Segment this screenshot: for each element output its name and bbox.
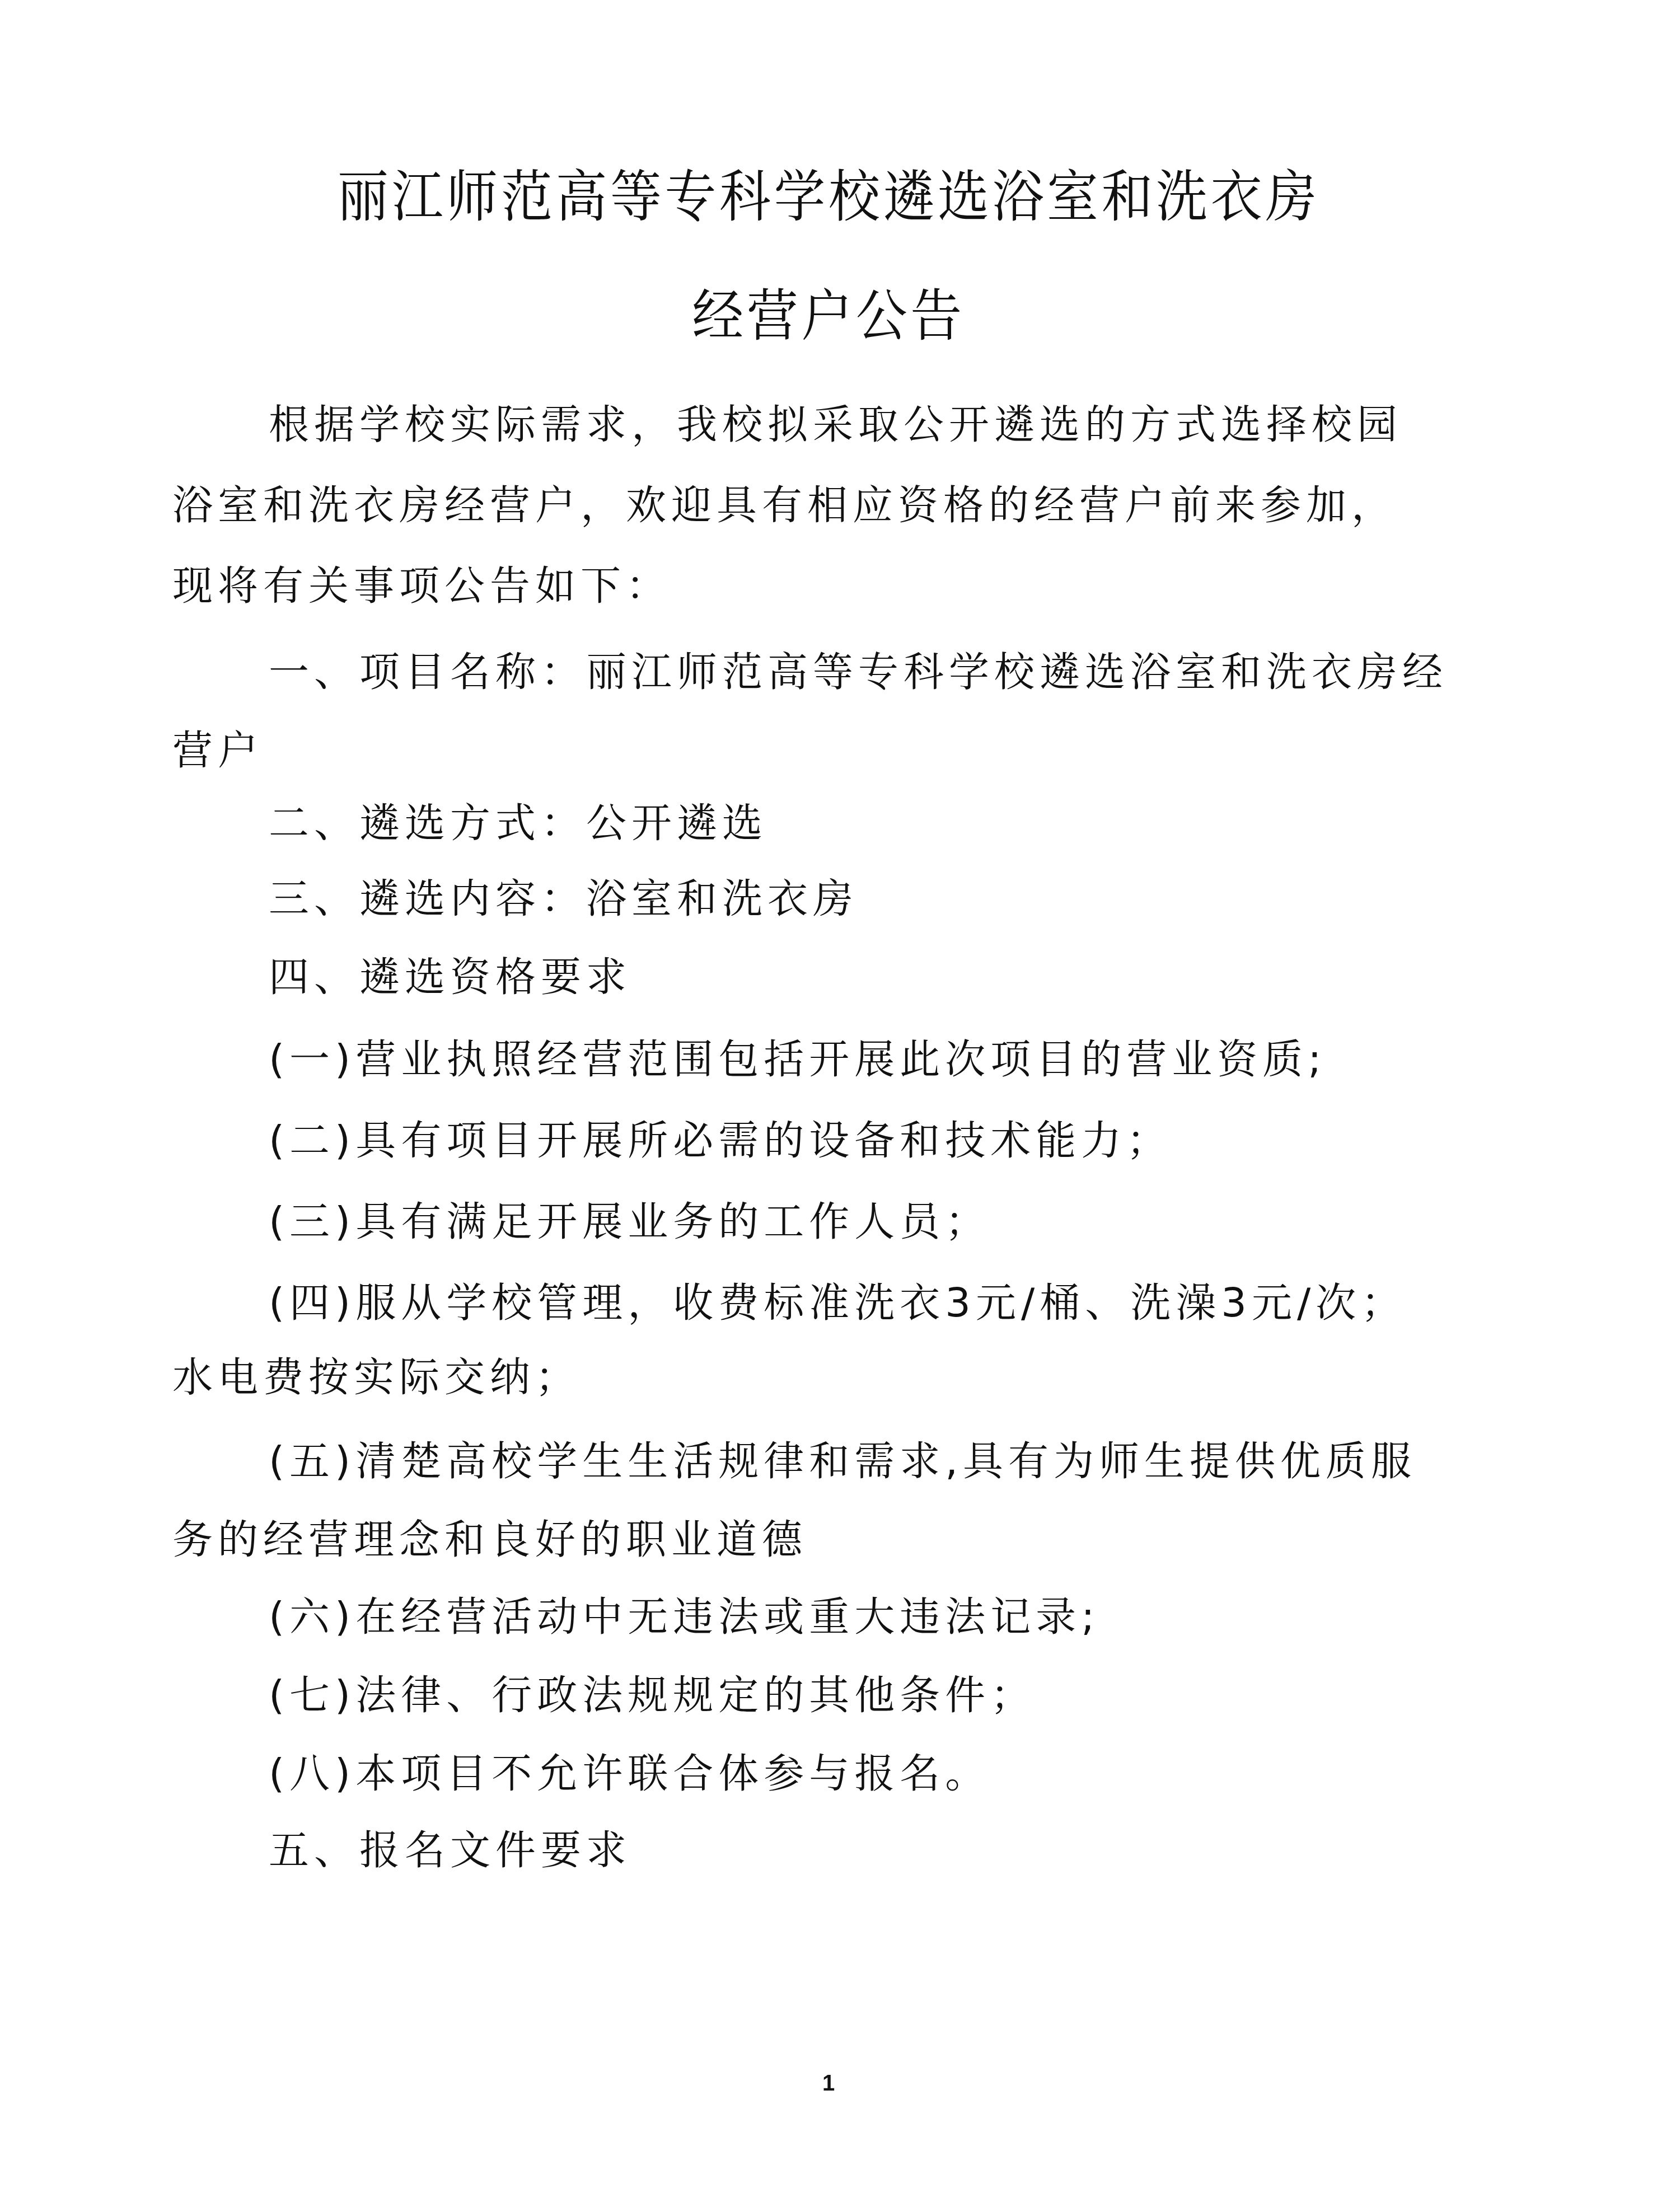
document-title-line-2: 经营户公告 — [66, 283, 1590, 350]
section-3-selection-content: 三、遴选内容：浴室和洗衣房 — [269, 870, 858, 926]
section-4-heading: 四、遴选资格要求 — [269, 949, 631, 1005]
section-1-line-2: 营户 — [172, 722, 263, 778]
intro-line-1: 根据学校实际需求，我校拟采取公开遴选的方式选择校园 — [269, 396, 1402, 452]
requirement-item-4-line-1: (四)服从学校管理，收费标准洗衣3元/桶、洗澡3元/次； — [269, 1274, 1406, 1330]
intro-line-2: 浴室和洗衣房经营户，欢迎具有相应资格的经营户前来参加， — [172, 477, 1397, 533]
requirement-item-4-line-2: 水电费按实际交纳； — [172, 1349, 581, 1405]
intro-line-3: 现将有关事项公告如下： — [172, 557, 671, 613]
requirement-item-6: (六)在经营活动中无违法或重大违法记录; — [269, 1588, 1099, 1644]
requirement-item-3: (三)具有满足开展业务的工作人员； — [269, 1193, 990, 1249]
requirement-item-5-line-1: (五)清楚高校学生生活规律和需求,具有为师生提供优质服 — [269, 1433, 1416, 1489]
document-title-line-1: 丽江师范高等专科学校遴选浴室和洗衣房 — [66, 163, 1590, 231]
requirement-item-7: (七)法律、行政法规规定的其他条件； — [269, 1667, 1036, 1723]
requirement-item-1: (一)营业执照经营范围包括开展此次项目的营业资质; — [269, 1031, 1326, 1087]
document-page: 丽江师范高等专科学校遴选浴室和洗衣房 经营户公告 根据学校实际需求，我校拟采取公… — [0, 0, 1657, 2212]
section-5-heading: 五、报名文件要求 — [269, 1822, 631, 1878]
section-2-selection-method: 二、遴选方式：公开遴选 — [269, 795, 767, 851]
section-1-line-1: 一、项目名称：丽江师范高等专科学校遴选浴室和洗衣房经 — [269, 644, 1448, 700]
page-number: 1 — [0, 2071, 1657, 2096]
requirement-item-8: (八)本项目不允许联合体参与报名。 — [269, 1745, 990, 1801]
requirement-item-2: (二)具有项目开展所必需的设备和技术能力； — [269, 1112, 1172, 1168]
requirement-item-5-line-2: 务的经营理念和良好的职业道德 — [172, 1511, 807, 1567]
